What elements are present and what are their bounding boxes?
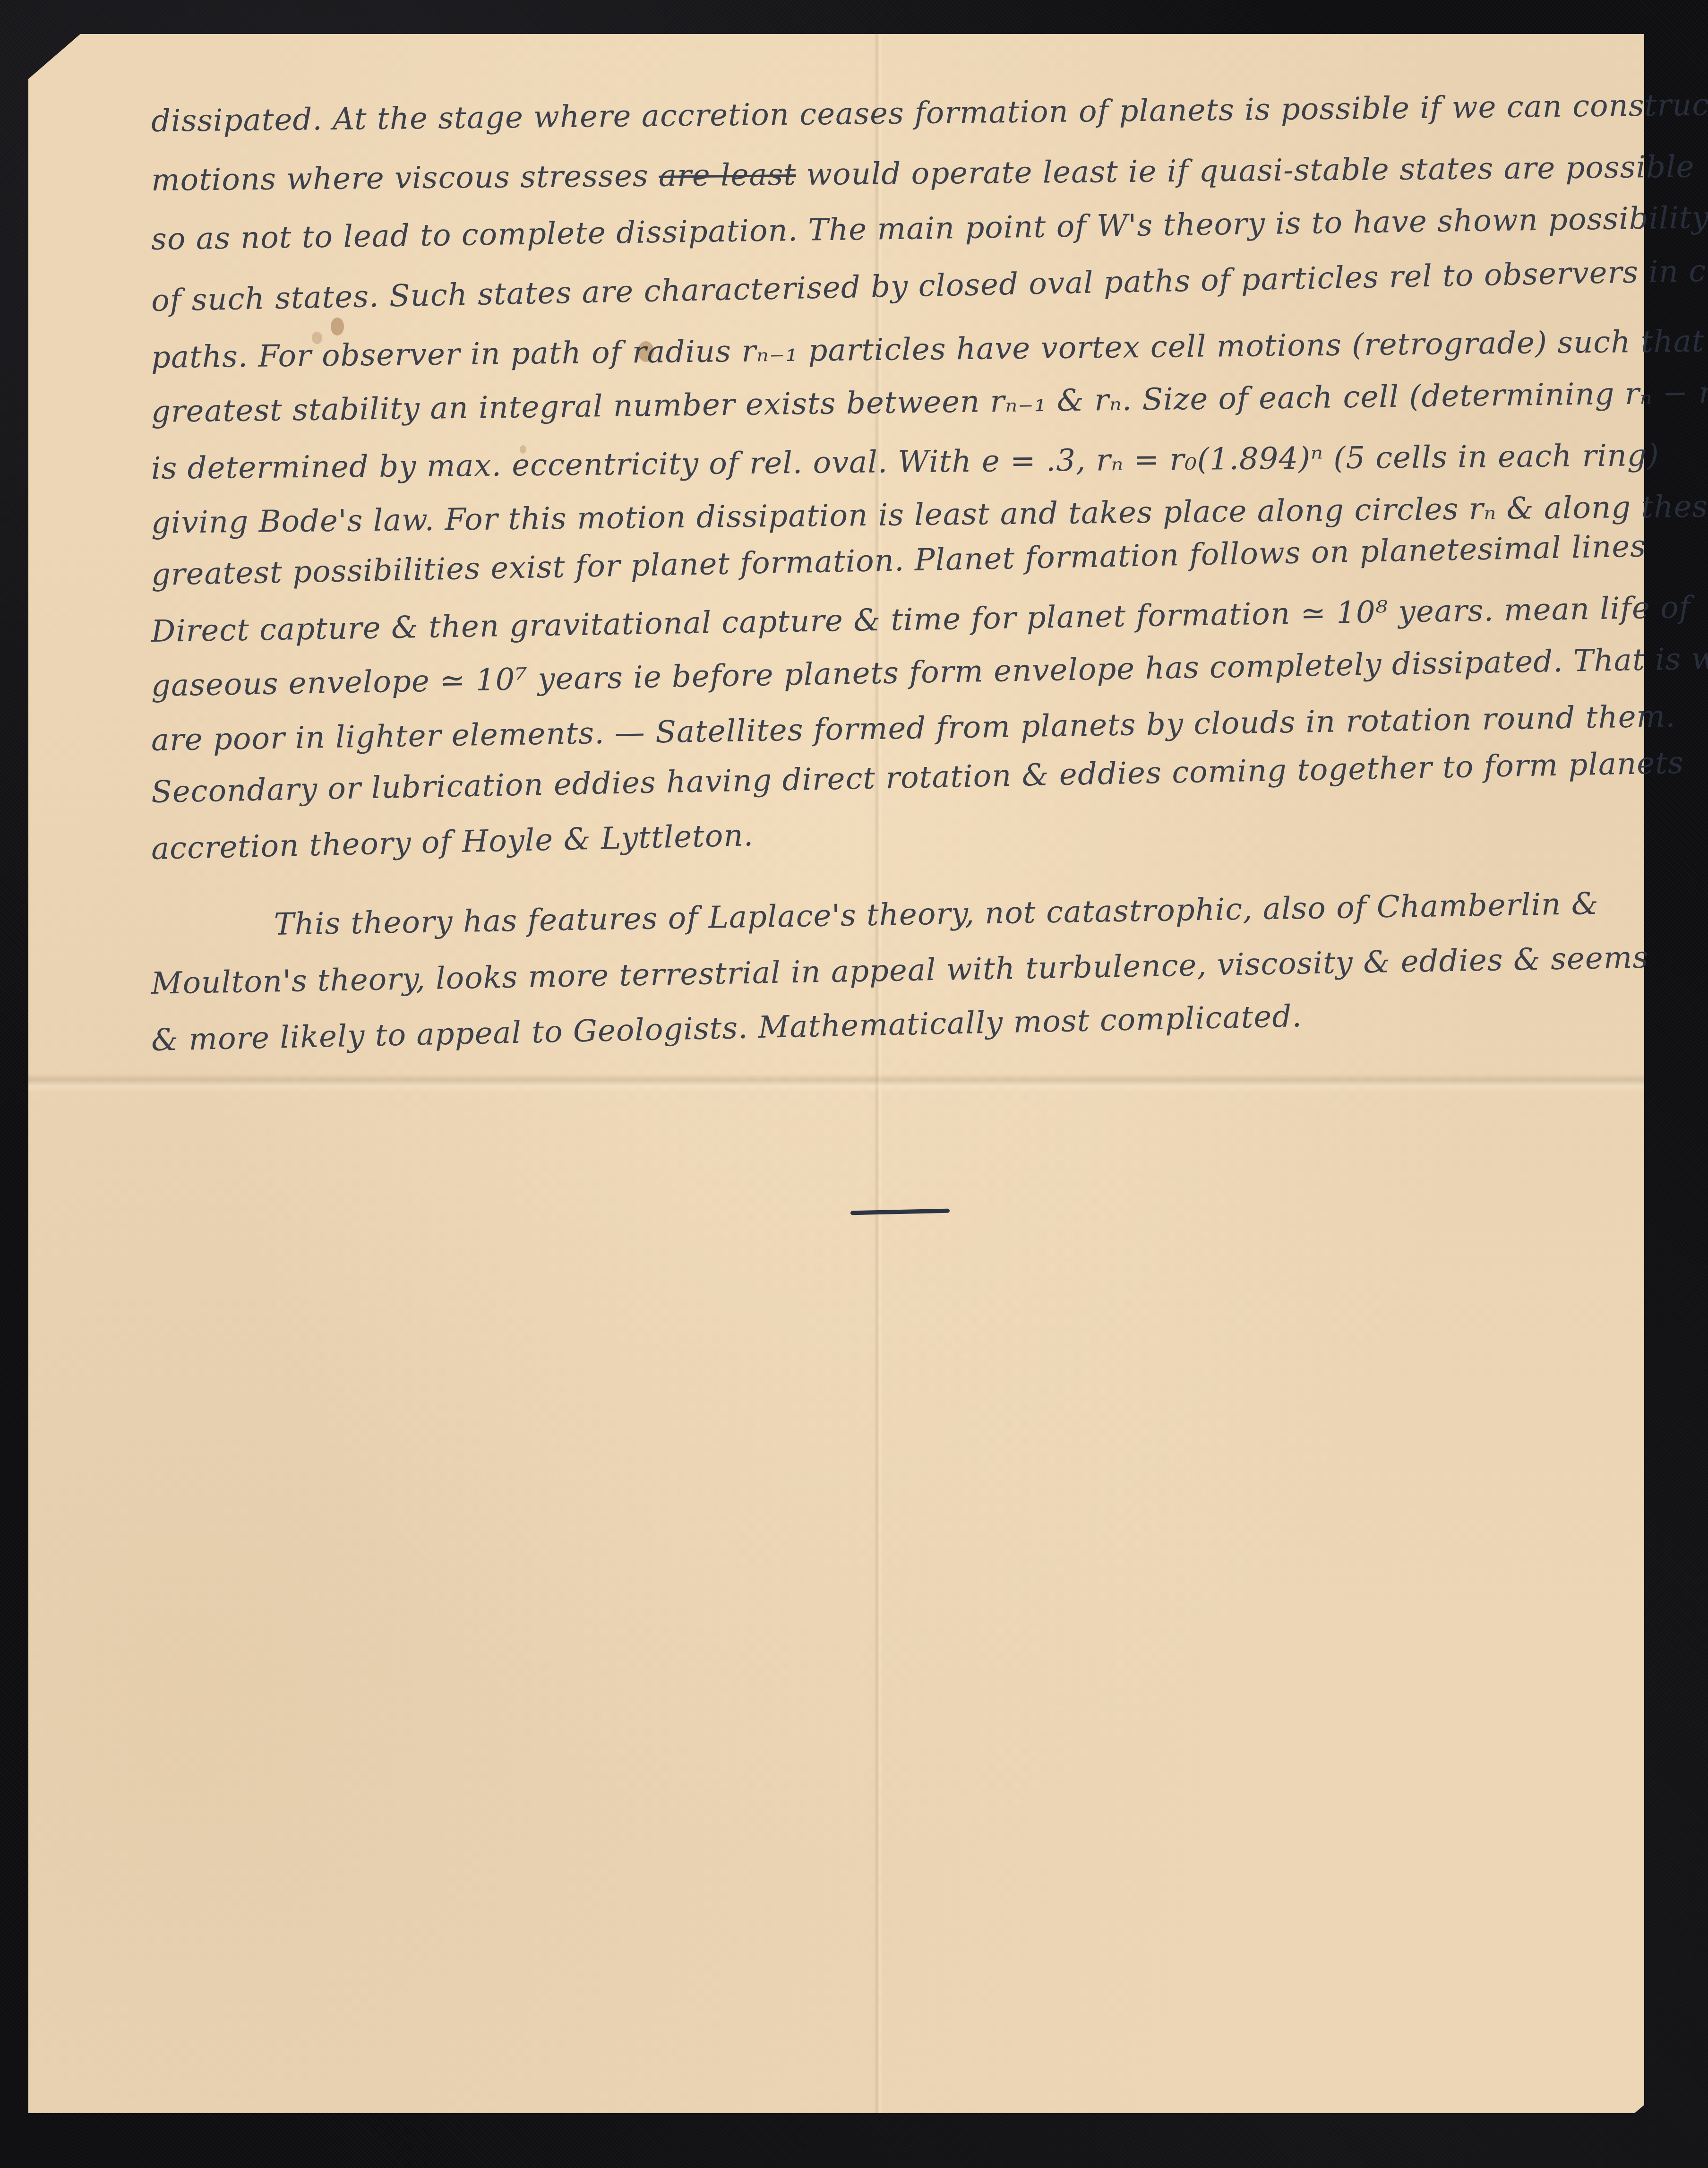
- stain-spot: [331, 318, 344, 336]
- struck-out-text: are least: [659, 157, 797, 194]
- horizontal-fold-crease: [28, 1074, 1644, 1093]
- line-text: motions where viscous stresses: [151, 159, 659, 198]
